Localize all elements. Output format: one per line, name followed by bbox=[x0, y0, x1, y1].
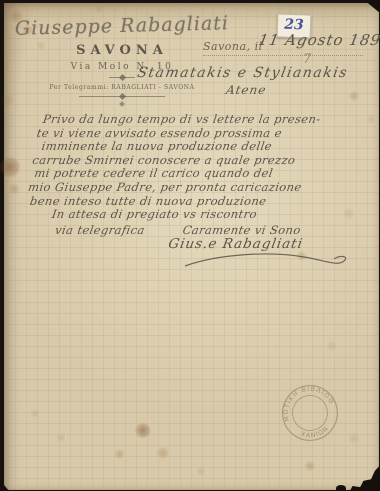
foxing-stain bbox=[326, 341, 337, 351]
addressee-names: Stamatakis e Stylianakis bbox=[136, 65, 349, 81]
foxing-stain bbox=[30, 409, 40, 418]
body-line: In attesa di pregiato vs riscontro bbox=[51, 208, 355, 222]
foxing-stain bbox=[134, 423, 152, 438]
body-line: bene inteso tutte di nuova produzione bbox=[29, 195, 357, 209]
letterhead-name: Giuseppe Rabagliati bbox=[12, 12, 233, 40]
foxing-stain bbox=[304, 461, 316, 471]
addressee-city: Atene bbox=[225, 83, 268, 97]
scanner-background: Giuseppe Rabagliati SAVONA Via Molo N. 1… bbox=[0, 0, 380, 491]
letter-body: Privo da lungo tempo di vs lettere la pr… bbox=[23, 113, 370, 222]
embossed-library-stamp-icon: ΔΗΜΟΤΙΚΗ ΒΙΒΛΙΟΘΗΚΗ ΧΑΝΙΩΝ bbox=[264, 367, 356, 459]
foxing-stain bbox=[8, 183, 20, 195]
foxing-stain bbox=[114, 449, 125, 459]
ornament-dot-icon bbox=[119, 101, 125, 107]
body-line: imminente la nuova produzione delle bbox=[41, 140, 366, 154]
foxing-stain bbox=[56, 433, 66, 442]
body-line: Privo da lungo tempo di vs lettere la pr… bbox=[42, 113, 370, 127]
handwritten-date: 11 Agosto 1898 bbox=[257, 31, 380, 49]
body-line: mio Giuseppe Padre, per pronta caricazio… bbox=[27, 181, 359, 195]
foxing-stain bbox=[196, 467, 206, 476]
letterhead: Giuseppe Rabagliati SAVONA Via Molo N. 1… bbox=[12, 15, 232, 106]
ornament-divider-icon bbox=[79, 94, 165, 100]
closing-left: via telegrafica bbox=[54, 223, 146, 237]
closing-right: Caramente vi Sono bbox=[182, 223, 302, 237]
body-line: carrube Smirnei conoscere a quale prezzo bbox=[31, 154, 363, 168]
body-line: mi potrete cedere il carico quando del bbox=[33, 167, 361, 181]
dateline-underline bbox=[203, 55, 363, 56]
stamp-text-top: ΔΗΜΟΤΙΚΗ ΒΙΒΛΙΟΘΗΚΗ bbox=[264, 367, 337, 426]
ornament-divider-icon bbox=[109, 75, 135, 81]
svg-text:ΔΗΜΟΤΙΚΗ ΒΙΒΛΙΟΘΗΚΗ: ΔΗΜΟΤΙΚΗ ΒΙΒΛΙΟΘΗΚΗ bbox=[264, 367, 337, 426]
body-line: te vi viene avvisato essendo prossima e bbox=[36, 127, 368, 141]
signature-flourish-icon bbox=[182, 249, 352, 273]
foxing-stain bbox=[94, 5, 104, 13]
foxing-stain bbox=[348, 91, 360, 101]
foxing-stain bbox=[156, 447, 170, 459]
letterhead-city: SAVONA bbox=[12, 43, 232, 58]
letterhead-telegram-line: Per Telegrammi: RABAGLIATI - SAVONA bbox=[12, 84, 232, 91]
torn-edge-bump bbox=[336, 485, 346, 491]
closing-line: via telegraficaCaramente vi Sono bbox=[54, 223, 302, 237]
foxing-stain bbox=[0, 155, 20, 179]
dateline-printed-prefix: Savona, il bbox=[203, 40, 263, 53]
letter-sheet: Giuseppe Rabagliati SAVONA Via Molo N. 1… bbox=[4, 3, 379, 490]
